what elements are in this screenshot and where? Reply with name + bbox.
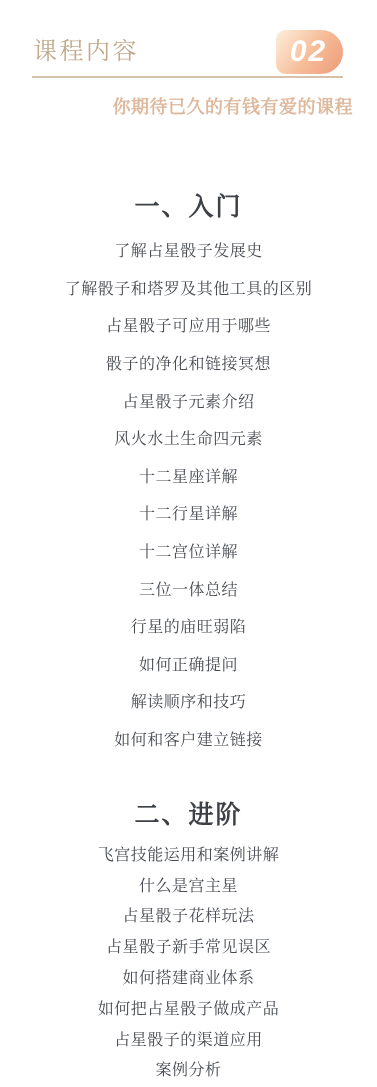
course-item: 如何搭建商业体系 bbox=[0, 961, 377, 992]
page-number: 02 bbox=[290, 35, 327, 69]
course-item: 了解占星骰子发展史 bbox=[0, 231, 377, 269]
course-item: 行星的庙旺弱陷 bbox=[0, 607, 377, 645]
course-item: 占星骰子可应用于哪些 bbox=[0, 306, 377, 344]
section-intro: 一、入门 了解占星骰子发展史 了解骰子和塔罗及其他工具的区别 占星骰子可应用于哪… bbox=[0, 192, 377, 757]
header-divider bbox=[32, 76, 343, 78]
section-advanced-title: 二、进阶 bbox=[0, 800, 377, 830]
page-title: 课程内容 bbox=[33, 39, 139, 65]
course-item: 如何正确提问 bbox=[0, 645, 377, 683]
course-item: 占星骰子元素介绍 bbox=[0, 381, 377, 419]
page-subtitle: 你期待已久的有钱有爱的课程 bbox=[113, 96, 354, 118]
section-intro-title: 一、入门 bbox=[0, 192, 377, 222]
course-item: 骰子的净化和链接冥想 bbox=[0, 344, 377, 382]
course-item: 解读顺序和技巧 bbox=[0, 682, 377, 720]
course-item: 占星骰子新手常见误区 bbox=[0, 930, 377, 961]
section-advanced: 二、进阶 飞宫技能运用和案例讲解 什么是宫主星 占星骰子花样玩法 占星骰子新手常… bbox=[0, 800, 377, 1084]
course-item: 占星骰子花样玩法 bbox=[0, 900, 377, 931]
section-advanced-list: 飞宫技能运用和案例讲解 什么是宫主星 占星骰子花样玩法 占星骰子新手常见误区 如… bbox=[0, 838, 377, 1084]
course-content-page: 课程内容 02 你期待已久的有钱有爱的课程 一、入门 了解占星骰子发展史 了解骰… bbox=[0, 0, 377, 1087]
section-intro-list: 了解占星骰子发展史 了解骰子和塔罗及其他工具的区别 占星骰子可应用于哪些 骰子的… bbox=[0, 231, 377, 757]
course-item: 了解骰子和塔罗及其他工具的区别 bbox=[0, 269, 377, 307]
course-item: 飞宫技能运用和案例讲解 bbox=[0, 838, 377, 869]
course-item: 风火水土生命四元素 bbox=[0, 419, 377, 457]
course-item: 三位一体总结 bbox=[0, 569, 377, 607]
course-item: 占星骰子的渠道应用 bbox=[0, 1023, 377, 1054]
course-item: 什么是宫主星 bbox=[0, 869, 377, 900]
page-number-badge: 02 bbox=[276, 30, 343, 74]
course-item: 十二行星详解 bbox=[0, 494, 377, 532]
course-item: 案例分析 bbox=[0, 1054, 377, 1085]
course-item: 如何和客户建立链接 bbox=[0, 720, 377, 758]
course-item: 如何把占星骰子做成产品 bbox=[0, 992, 377, 1023]
course-item: 十二宫位详解 bbox=[0, 532, 377, 570]
course-item: 十二星座详解 bbox=[0, 457, 377, 495]
